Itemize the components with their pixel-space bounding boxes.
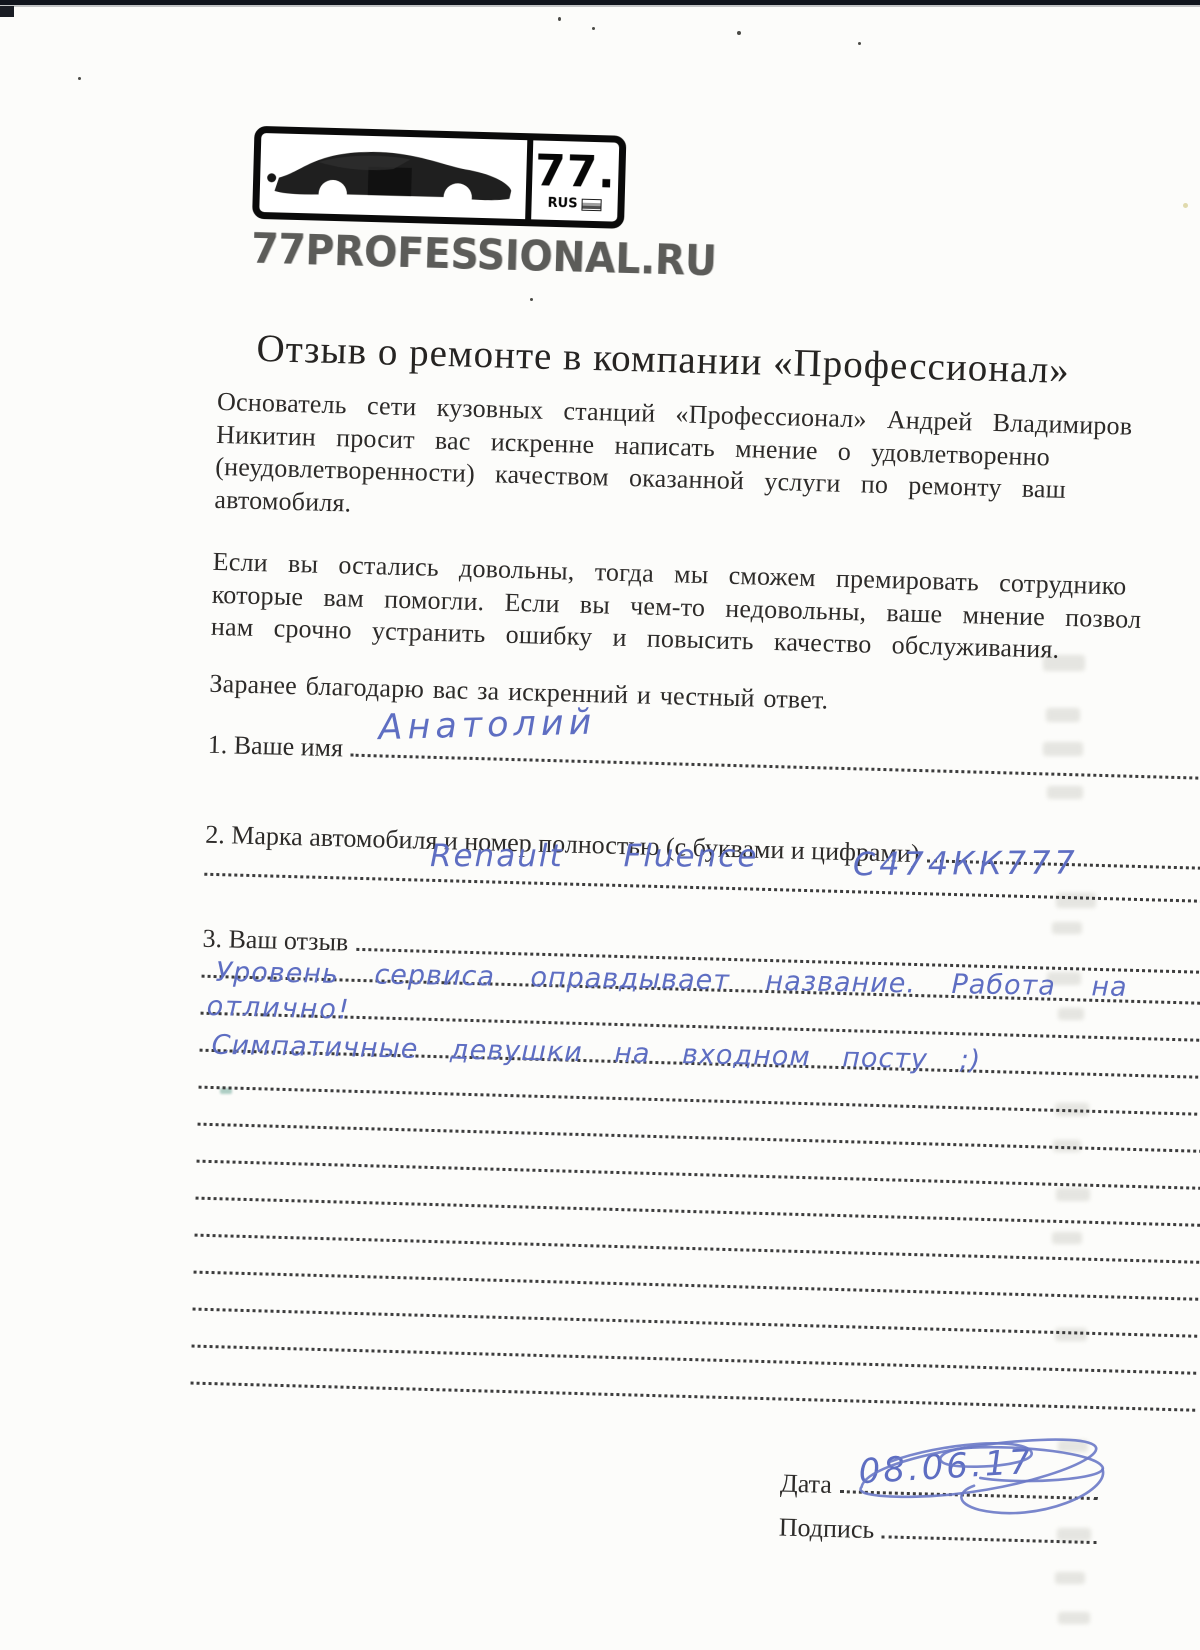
dotted-line: [927, 836, 1200, 870]
plate-region-code: RUS: [547, 196, 577, 212]
scan-speck: [592, 27, 595, 30]
field-review-label: 3. Ваш отзыв: [202, 924, 349, 958]
dotted-line: [840, 1467, 1099, 1500]
license-plate: 77. RUS: [252, 126, 626, 229]
scan-speck: [78, 77, 81, 80]
dotted-line: [351, 731, 1200, 780]
date-row: Дата 08.06.17: [780, 1455, 1101, 1508]
document-page: 77. RUS 77PROFESSIONAL.RU Отзыв о ремонт…: [187, 110, 1200, 1554]
bleed-through-artifact: [1055, 1572, 1085, 1584]
intro-paragraph-3: Заранее благодарю вас за искренний и чес…: [209, 667, 1200, 727]
car-silhouette-icon: [267, 135, 519, 218]
date-label: Дата: [780, 1469, 833, 1500]
scan-speck: [858, 42, 861, 45]
logo-stamp: 77. RUS 77PROFESSIONAL.RU: [251, 126, 635, 282]
plate-number: 77.: [534, 149, 616, 195]
scan-speck: [558, 17, 561, 21]
scanner-edge-mark: [0, 6, 14, 17]
intro-paragraph-2: Если вы остались довольны, тогда мы смож…: [211, 546, 1200, 671]
field-name-label: 1. Ваше имя: [207, 730, 343, 764]
document-title: Отзыв о ремонте в компании «Профессионал…: [256, 326, 1200, 397]
plate-region-section: 77. RUS: [525, 140, 619, 221]
intro-paragraph-1: Основатель сети кузовных станций «Профес…: [214, 386, 1200, 543]
logo-site-text: 77PROFESSIONAL.RU: [251, 225, 632, 284]
plate-car-section: [259, 133, 527, 219]
bleed-through-artifact: [1058, 1612, 1090, 1624]
scan-speck: [737, 31, 741, 35]
dotted-line: [882, 1512, 1097, 1544]
russia-flag-icon: [581, 198, 601, 211]
footer-block: Дата 08.06.17 Подпись: [778, 1455, 1100, 1552]
field-name: 1. Ваше имя Анатолий: [207, 716, 1200, 787]
review-lines-area: Уровень сервиса оправдывает название. Ра…: [191, 956, 1200, 1412]
signature-row: Подпись: [778, 1499, 1099, 1552]
scanner-edge-line: [0, 5, 1200, 7]
scanned-feedback-form: { "logo": { "plate_number": "77.", "regi…: [0, 0, 1200, 1650]
signature-label: Подпись: [778, 1513, 874, 1546]
